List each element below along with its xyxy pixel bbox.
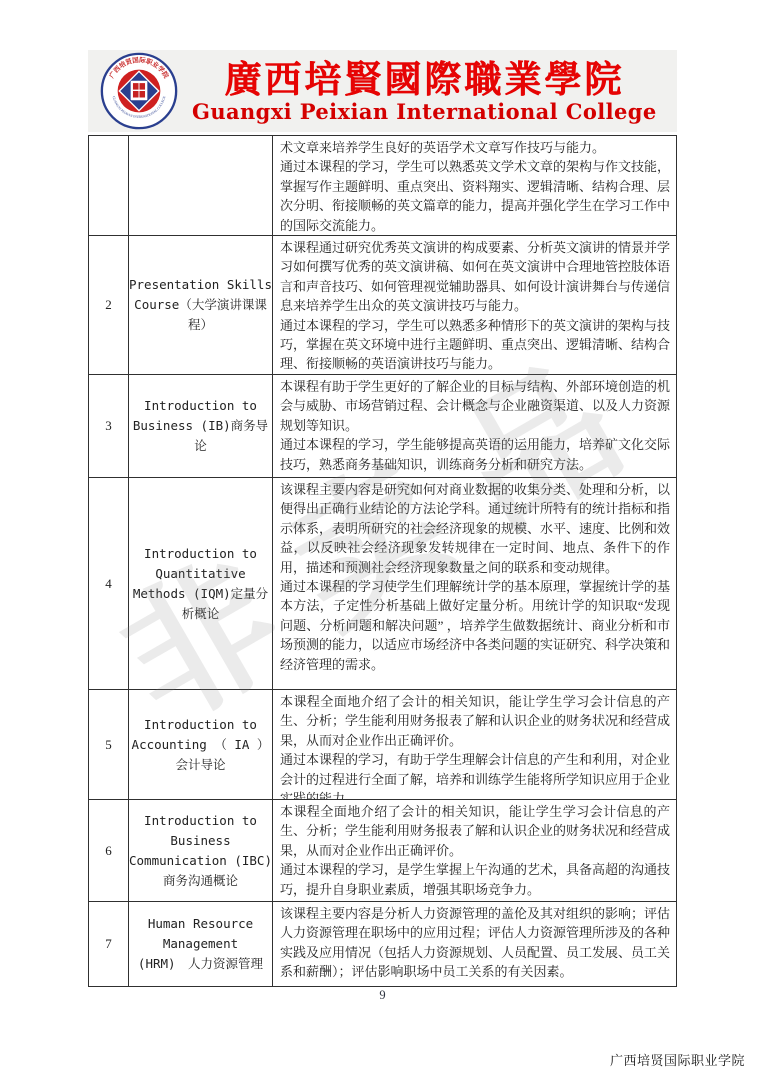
college-titles: 廣西培賢國際職業學院 Guangxi Peixian International… xyxy=(192,58,657,124)
course-name: Introduction toBusinessCommunication (IB… xyxy=(129,800,273,901)
course-name-line: Introduction to xyxy=(144,811,257,831)
course-name-line: (HRM) 人力资源管理 xyxy=(138,954,263,974)
course-description-paragraph: 通过本课程的学习，是学生掌握上午沟通的艺术，具备高超的沟通技巧，提升自身职业素质… xyxy=(280,860,670,899)
course-description-paragraph: 该课程主要内容是分析人力资源管理的盖伦及其对组织的影响；评估人力资源管理在职场中… xyxy=(280,904,670,982)
course-number: 7 xyxy=(89,902,129,986)
course-description: 术文章来培养学生良好的英语学术文章写作技巧与能力。通过本课程的学习，学生可以熟悉… xyxy=(273,136,676,235)
course-name-line: Introduction to xyxy=(144,396,257,416)
course-name-line: Human Resource xyxy=(148,914,253,934)
course-name: Human ResourceManagement(HRM) 人力资源管理 xyxy=(129,902,273,986)
course-description: 该课程主要内容是研究如何对商业数据的收集分类、处理和分析，以便得出正确行业结论的… xyxy=(273,478,676,689)
course-description-paragraph: 通过本课程的学习，学生能够提高英语的运用能力，培养矿文化交际技巧，熟悉商务基础知… xyxy=(280,435,670,474)
course-name-line: Presentation Skills xyxy=(129,275,272,295)
course-name-line: 论 xyxy=(194,436,207,456)
course-name-line: Course（大学演讲课课 xyxy=(134,295,267,315)
course-row: 5Introduction toAccounting （ IA ）会计导论本课程… xyxy=(89,690,676,800)
course-name-line: Introduction to xyxy=(144,715,257,735)
page-number: 9 xyxy=(88,988,677,1003)
college-name-english: Guangxi Peixian International College xyxy=(192,100,657,124)
course-name-line: Accounting （ IA ） xyxy=(132,735,270,755)
course-description-paragraph: 通过本课程的学习使学生们理解统计学的基本原理，掌握统计学的基本方法，子定性分析基… xyxy=(280,577,670,674)
course-description-paragraph: 术文章来培养学生良好的英语学术文章写作技巧与能力。 xyxy=(280,138,670,157)
course-row: 7Human ResourceManagement(HRM) 人力资源管理该课程… xyxy=(89,902,676,986)
course-description: 本课程全面地介绍了会计的相关知识，能让学生学习会计信息的产生、分析；学生能利用财… xyxy=(273,690,676,799)
course-number: 6 xyxy=(89,800,129,901)
course-name-line: 程） xyxy=(188,315,213,335)
course-row: 6Introduction toBusinessCommunication (I… xyxy=(89,800,676,902)
course-number: 4 xyxy=(89,478,129,689)
course-description: 本课程有助于学生更好的了解企业的目标与结构、外部环境创造的机会与威胁、市场营销过… xyxy=(273,375,676,477)
course-description-paragraph: 本课程有助于学生更好的了解企业的目标与结构、外部环境创造的机会与威胁、市场营销过… xyxy=(280,377,670,435)
course-name: Introduction toAccounting （ IA ）会计导论 xyxy=(129,690,273,799)
course-row: 术文章来培养学生良好的英语学术文章写作技巧与能力。通过本课程的学习，学生可以熟悉… xyxy=(89,136,676,236)
course-name-line: Business xyxy=(170,831,230,851)
course-name: Presentation SkillsCourse（大学演讲课课程） xyxy=(129,236,273,374)
footer-college-name: 广西培贤国际职业学院 xyxy=(610,1050,745,1069)
course-number: 3 xyxy=(89,375,129,477)
course-number: 2 xyxy=(89,236,129,374)
course-table: 术文章来培养学生良好的英语学术文章写作技巧与能力。通过本课程的学习，学生可以熟悉… xyxy=(88,135,677,987)
college-header: 广西培贤国际职业学院 GUANGXI PEIXIAN INTERNATIONAL… xyxy=(88,50,677,132)
course-description: 本课程全面地介绍了会计的相关知识，能让学生学习会计信息的产生、分析；学生能利用财… xyxy=(273,800,676,901)
course-number xyxy=(89,136,129,235)
course-description-paragraph: 通过本课程的学习，学生可以熟悉多种情形下的英文演讲的架构与技巧，掌握在英文环境中… xyxy=(280,316,670,374)
course-description: 本课程通过研究优秀英文演讲的构成要素、分析英文演讲的情景并学习如何撰写优秀的英文… xyxy=(273,236,676,374)
document-page: 广西培贤国际职业学院 GUANGXI PEIXIAN INTERNATIONAL… xyxy=(0,0,763,1080)
course-description-paragraph: 本课程通过研究优秀英文演讲的构成要素、分析英文演讲的情景并学习如何撰写优秀的英文… xyxy=(280,238,670,316)
course-number: 5 xyxy=(89,690,129,799)
college-name-chinese: 廣西培賢國際職業學院 xyxy=(224,58,624,100)
course-name-line: Introduction to xyxy=(144,544,257,564)
course-row: 3Introduction toBusiness (IB)商务导论本课程有助于学… xyxy=(89,375,676,478)
course-description-paragraph: 通过本课程的学习，有助于学生理解会计信息的产生和利用，对企业会计的过程进行全面了… xyxy=(280,750,670,799)
course-name-line: Methods (IQM)定量分 xyxy=(133,584,268,604)
course-description: 该课程主要内容是分析人力资源管理的盖伦及其对组织的影响；评估人力资源管理在职场中… xyxy=(273,902,676,986)
course-description-paragraph: 本课程全面地介绍了会计的相关知识，能让学生学习会计信息的产生、分析；学生能利用财… xyxy=(280,692,670,750)
course-name xyxy=(129,136,273,235)
course-name: Introduction toQuantitativeMethods (IQM)… xyxy=(129,478,273,689)
course-row: 4Introduction toQuantitativeMethods (IQM… xyxy=(89,478,676,690)
course-name-line: Communication (IBC) xyxy=(129,851,272,871)
course-description-paragraph: 该课程主要内容是研究如何对商业数据的收集分类、处理和分析，以便得出正确行业结论的… xyxy=(280,480,670,577)
course-name-line: 会计导论 xyxy=(175,755,225,775)
course-description-paragraph: 本课程全面地介绍了会计的相关知识，能让学生学习会计信息的产生、分析；学生能利用财… xyxy=(280,802,670,860)
course-row: 2Presentation SkillsCourse（大学演讲课课程）本课程通过… xyxy=(89,236,676,375)
course-name: Introduction toBusiness (IB)商务导论 xyxy=(129,375,273,477)
course-name-line: Quantitative xyxy=(155,564,245,584)
course-name-line: Business (IB)商务导 xyxy=(133,416,268,436)
course-name-line: 析概论 xyxy=(182,604,220,624)
course-name-line: 商务沟通概论 xyxy=(163,871,238,891)
course-name-line: Management xyxy=(163,934,238,954)
course-description-paragraph: 通过本课程的学习，学生可以熟悉英文学术文章的架构与作文技能，掌握写作主题鲜明、重… xyxy=(280,157,670,235)
college-logo-icon: 广西培贤国际职业学院 GUANGXI PEIXIAN INTERNATIONAL… xyxy=(100,52,178,130)
